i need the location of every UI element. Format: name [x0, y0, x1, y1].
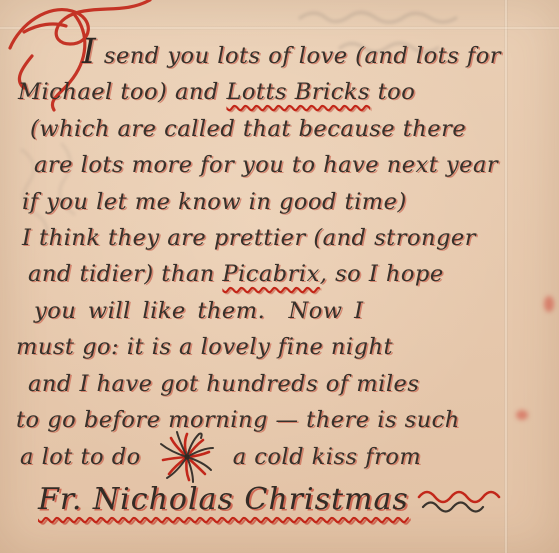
- line-segment: and tidier) than: [28, 261, 222, 287]
- letter-line: I send you lots of love (and lots for: [16, 34, 551, 74]
- letter-line: must go: it is a lovely fine night: [16, 329, 551, 365]
- line-segment: a cold kiss from: [233, 439, 422, 475]
- letter-line: (which are called that because there: [16, 111, 551, 147]
- letter-line: to go before morning — there is such: [16, 402, 551, 438]
- letter-line: if you let me know in good time): [16, 184, 551, 220]
- underlined-words: Lotts Bricks: [226, 79, 370, 105]
- letter-line: and tidier) than Picabrix, so I hope: [16, 256, 551, 292]
- signature: Fr. Nicholas Christmas: [16, 478, 551, 522]
- letter-line: and I have got hundreds of miles: [16, 366, 551, 402]
- letter-page: I send you lots of love (and lots for Mi…: [0, 0, 559, 553]
- letter-line: I think they are prettier (and stronger: [16, 220, 551, 256]
- signature-flourish-icon: [417, 487, 513, 513]
- line-segment: too: [370, 79, 415, 105]
- starburst-icon: [159, 430, 215, 484]
- letter-line: a lot to do: [16, 438, 551, 476]
- line-segment: Michael too) and: [18, 79, 226, 105]
- letter-line: are lots more for you to have next year: [16, 147, 551, 183]
- signature-text: Fr. Nicholas Christmas: [38, 478, 409, 522]
- line-segment: , so I hope: [320, 261, 444, 287]
- underlined-words: Picabrix: [222, 261, 319, 287]
- line-segment: a lot to do: [20, 439, 141, 475]
- letter-body: I send you lots of love (and lots for Mi…: [16, 34, 551, 522]
- letter-line: you will like them. Now I: [16, 293, 551, 329]
- letter-line: Michael too) and Lotts Bricks too: [16, 74, 551, 110]
